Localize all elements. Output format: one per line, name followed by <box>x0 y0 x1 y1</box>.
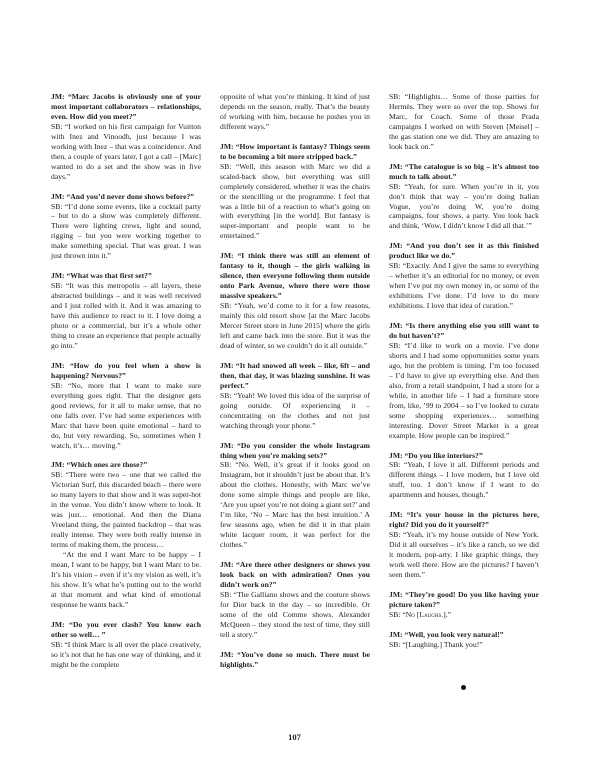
answer: SB: “Yeah, we’d come to it for a few rea… <box>220 301 370 351</box>
answer: SB: “No. Well, it’s great if it looks go… <box>220 460 370 550</box>
column-middle: opposite of what you’re thinking. It kin… <box>220 92 370 680</box>
answer: SB: “I think Marc is all over the place … <box>51 640 201 670</box>
qa-block: JM: “I think there was still an element … <box>220 251 370 351</box>
question: JM: “Do you ever clash? You know each ot… <box>51 620 201 640</box>
question: JM: “The catalogue is so big – it’s almo… <box>389 162 539 182</box>
question: JM: “And you’d never done shows before?” <box>51 192 201 202</box>
question: JM: “And you don’t see it as this finish… <box>389 241 539 261</box>
qa-block: JM: “You’ve done so much. There must be … <box>220 650 370 670</box>
qa-block: JM: “They’re good! Do you like having yo… <box>389 590 539 620</box>
qa-block: JM: “Are there other designers or shows … <box>220 560 370 640</box>
answer: SB: “I worked on his first campaign for … <box>51 122 201 182</box>
qa-block: JM: “And you don’t see it as this finish… <box>389 241 539 311</box>
question: JM: “I think there was still an element … <box>220 251 370 301</box>
qa-block: JM: “Is there anything else you still wa… <box>389 321 539 440</box>
question: JM: “Are there other designers or shows … <box>220 560 370 590</box>
qa-block: JM: “Well, you look very natural!”SB: “[… <box>389 630 539 650</box>
answer: SB: “Well, this season with Marc we did … <box>220 162 370 242</box>
qa-block: JM: “Marc Jacobs is obviously one of you… <box>51 92 201 182</box>
answer-continued: opposite of what you’re thinking. It kin… <box>220 92 370 132</box>
answer: SB: “Yeah, for sure. When you’re in it, … <box>389 182 539 232</box>
qa-block: JM: “And you’d never done shows before?”… <box>51 192 201 262</box>
page-number: 107 <box>0 732 589 742</box>
answer: SB: “[Laughing.] Thank you!” <box>389 640 539 650</box>
question: JM: “Is there anything else you still wa… <box>389 321 539 341</box>
column-left: JM: “Marc Jacobs is obviously one of you… <box>51 92 201 680</box>
answer: SB: “I’d done some events, like a cockta… <box>51 202 201 262</box>
question: JM: “What was that first set?” <box>51 271 201 281</box>
answer: SB: “It was this metropolis – all layers… <box>51 281 201 351</box>
question: JM: “They’re good! Do you like having yo… <box>389 590 539 610</box>
qa-block: SB: “Highlights… Some of those parties f… <box>389 92 539 152</box>
qa-block: JM: “Do you like interiors?”SB: “Yeah, I… <box>389 451 539 501</box>
column-right: SB: “Highlights… Some of those parties f… <box>389 92 539 660</box>
question: JM: “You’ve done so much. There must be … <box>220 650 370 670</box>
question: JM: “It had snowed all week – like, 6ft … <box>220 361 370 391</box>
qa-block: JM: “Do you consider the whole Instagram… <box>220 441 370 550</box>
question: JM: “How do you feel when a show is happ… <box>51 361 201 381</box>
qa-block: JM: “How do you feel when a show is happ… <box>51 361 201 451</box>
answer: SB: “No, more that I want to make sure e… <box>51 381 201 451</box>
question: JM: “Which ones are those?” <box>51 460 201 470</box>
qa-block: JM: “Which ones are those?”SB: “There we… <box>51 460 201 609</box>
question: JM: “Marc Jacobs is obviously one of you… <box>51 92 201 122</box>
question: JM: “It’s your house in the pictures her… <box>389 510 539 530</box>
question: JM: “Do you consider the whole Instagram… <box>220 441 370 461</box>
question: JM: “How important is fantasy? Things se… <box>220 142 370 162</box>
answer: SB: “Yeah, I love it all. Different peri… <box>389 460 539 500</box>
answer-continued: SB: “Highlights… Some of those parties f… <box>389 92 539 152</box>
answer: SB: “There were two – one that we called… <box>51 470 201 550</box>
qa-block: JM: “The catalogue is so big – it’s almo… <box>389 162 539 232</box>
question: JM: “Do you like interiors?” <box>389 451 539 461</box>
answer: SB: “The Galliano shows and the couture … <box>220 590 370 640</box>
qa-block: opposite of what you’re thinking. It kin… <box>220 92 370 132</box>
answer: SB: “Yeah, it’s my house outside of New … <box>389 530 539 580</box>
qa-block: JM: “How important is fantasy? Things se… <box>220 142 370 242</box>
answer: SB: “Exactly. And I give the same to eve… <box>389 261 539 311</box>
answer: SB: “I’d like to work on a movie. I’ve d… <box>389 341 539 441</box>
qa-block: JM: “It’s your house in the pictures her… <box>389 510 539 580</box>
qa-block: JM: “It had snowed all week – like, 6ft … <box>220 361 370 431</box>
answer-continued: “At the end I want Marc to be happy – I … <box>51 550 201 610</box>
answer: SB: “No [Laughs.].” <box>389 610 539 620</box>
answer: SB: “Yeah! We loved this idea of the sur… <box>220 391 370 431</box>
end-of-article-dot-icon <box>461 685 466 690</box>
qa-block: JM: “What was that first set?”SB: “It wa… <box>51 271 201 351</box>
qa-block: JM: “Do you ever clash? You know each ot… <box>51 620 201 670</box>
question: JM: “Well, you look very natural!” <box>389 630 539 640</box>
